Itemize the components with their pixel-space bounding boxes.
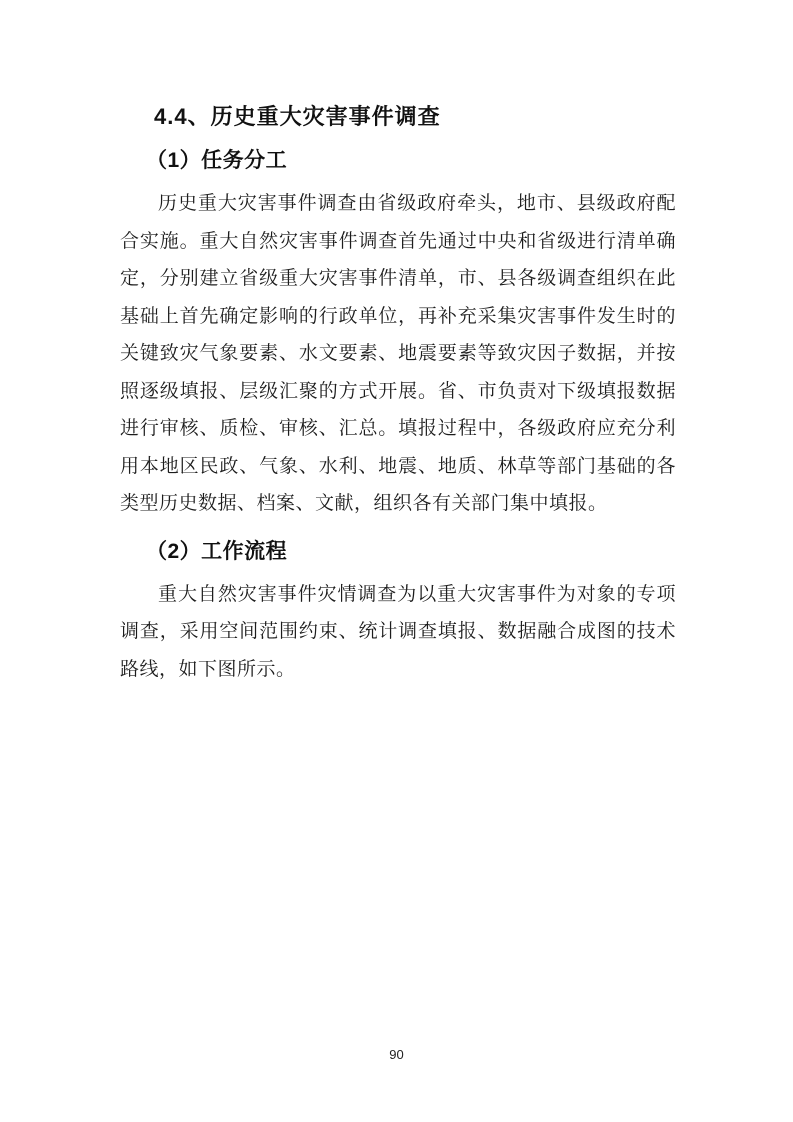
subsection-heading-work-flow: （2）工作流程: [146, 536, 676, 567]
document-content: 4.4、历史重大灾害事件调查 （1）任务分工 历史重大灾害事件调查由省级政府牵头…: [120, 100, 676, 688]
page-number: 90: [0, 1047, 793, 1062]
document-page: 4.4、历史重大灾害事件调查 （1）任务分工 历史重大灾害事件调查由省级政府牵头…: [0, 0, 793, 1122]
paragraph-work-flow: 重大自然灾害事件灾情调查为以重大灾害事件为对象的专项调查，采用空间范围约束、统计…: [120, 576, 676, 689]
paragraph-task-division: 历史重大灾害事件调查由省级政府牵头，地市、县级政府配合实施。重大自然灾害事件调查…: [120, 185, 676, 523]
subsection-heading-task-division: （1）任务分工: [146, 145, 676, 176]
section-heading: 4.4、历史重大灾害事件调查: [154, 100, 676, 134]
